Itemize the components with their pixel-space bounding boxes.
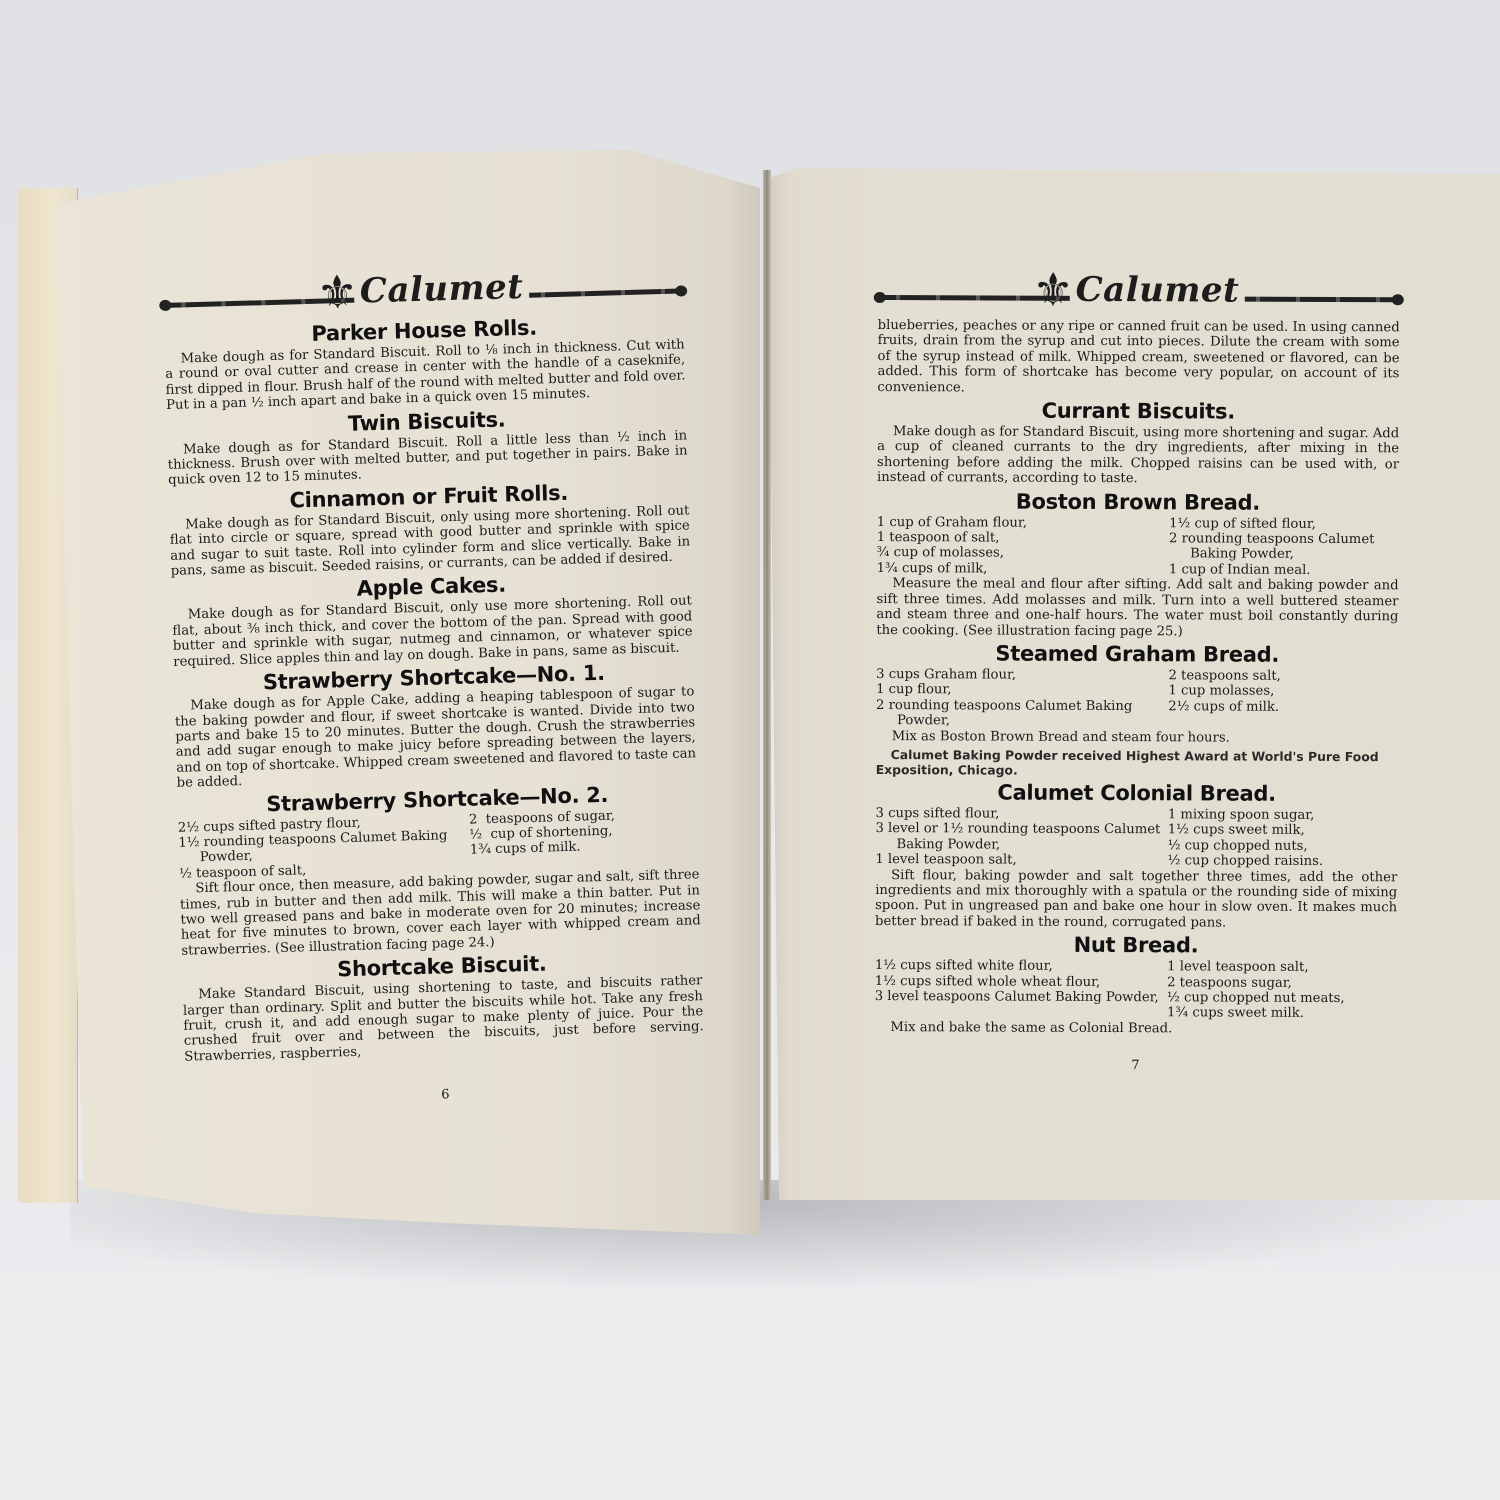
ingredient: 1 cup flour,: [876, 682, 1168, 699]
recipe-body: Make dough as for Standard Biscuit, only…: [172, 594, 694, 670]
ingredient-list: 3 cups Graham flour, 1 cup flour, 2 roun…: [876, 667, 1398, 731]
ingredient-list: 1 cup of Graham flour, 1 teaspoon of sal…: [877, 515, 1399, 579]
recipe-body: Make Standard Biscuit, using shortening …: [182, 973, 704, 1065]
ingredient: ½ cup chopped nuts,: [1168, 838, 1398, 854]
ingredient-column-right: 1 level teaspoon salt, 2 teaspoons sugar…: [1167, 959, 1397, 1022]
recipe-body: Make dough as for Standard Biscuit, only…: [169, 503, 691, 579]
recipe-parker-house-rolls: Parker House Rolls. Make dough as for St…: [164, 311, 686, 413]
ingredient-column-left: 1 cup of Graham flour, 1 teaspoon of sal…: [877, 515, 1170, 578]
calumet-wordmark: Calumet: [353, 268, 530, 311]
ingredient: ¾ cup of molasses,: [877, 545, 1169, 562]
ingredient: 1½ cups sifted whole wheat flour,: [875, 974, 1167, 991]
recipe-currant-biscuits: Currant Biscuits. Make dough as for Stan…: [877, 398, 1399, 488]
recipe-shortcake-biscuit: Shortcake Biscuit. Make Standard Biscuit…: [182, 947, 705, 1065]
recipe-title: Boston Brown Bread.: [877, 489, 1399, 515]
ingredient: 3 cups sifted flour,: [876, 806, 1168, 823]
right-page-content: ⚜ Calumet blueberries, peaches or any ri…: [874, 250, 1400, 1075]
recipe-steamed-graham-bread: Steamed Graham Bread. 3 cups Graham flou…: [876, 641, 1399, 779]
ingredient: 1 cup of Graham flour,: [877, 515, 1169, 532]
calumet-wordmark: Calumet: [1070, 271, 1246, 310]
ingredient: 3 cups Graham flour,: [876, 667, 1168, 684]
ingredient: 2½ cups of milk.: [1168, 699, 1398, 715]
ingredient: 2 teaspoons salt,: [1168, 668, 1398, 684]
recipe-body: Sift flour once, then measure, add bakin…: [179, 867, 701, 959]
headdress-icon: ⚜: [1032, 267, 1073, 313]
recipe-title: Steamed Graham Bread.: [876, 641, 1398, 667]
recipe-body: Make dough as for Standard Biscuit, usin…: [877, 424, 1399, 488]
ingredient-column-left: 3 cups Graham flour, 1 cup flour, 2 roun…: [876, 667, 1169, 730]
ingredient: 1½ cup of sifted flour,: [1169, 516, 1399, 532]
ingredient-column-right: 1½ cup of sifted flour, 2 rounding teasp…: [1169, 516, 1399, 579]
calumet-banner: ⚜ Calumet: [878, 250, 1400, 316]
recipe-strawberry-shortcake-1: Strawberry Shortcake—No. 1. Make dough a…: [174, 658, 697, 791]
ingredient-column-right: 2 teaspoons salt, 1 cup molasses, 2½ cup…: [1168, 668, 1398, 731]
ingredient: 1¾ cups sweet milk.: [1167, 1006, 1397, 1022]
ingredient: 2 rounding teaspoons Calumet Baking Powd…: [876, 698, 1168, 730]
ingredient: 3 level teaspoons Calumet Baking Powder,: [875, 989, 1167, 1006]
ingredient: 1 cup of Indian meal.: [1169, 562, 1399, 578]
recipe-title: Currant Biscuits.: [877, 398, 1399, 424]
ingredient-list: 3 cups sifted flour, 3 level or 1½ round…: [875, 806, 1397, 870]
ingredient: 3 level or 1½ rounding teaspoons Calumet…: [875, 821, 1167, 853]
recipe-cinnamon-fruit-rolls: Cinnamon or Fruit Rolls. Make dough as f…: [169, 477, 691, 579]
continuation-text: blueberries, peaches or any ripe or cann…: [877, 318, 1399, 397]
book-gutter: [763, 170, 771, 1200]
recipe-boston-brown-bread: Boston Brown Bread. 1 cup of Graham flou…: [876, 489, 1399, 641]
recipe-body: Make dough as for Apple Cake, adding a h…: [174, 684, 696, 791]
recipe-title: Nut Bread.: [875, 932, 1397, 958]
recipe-strawberry-shortcake-2: Strawberry Shortcake—No. 2. 2½ cups sift…: [177, 780, 701, 959]
ingredient-column-left: 2½ cups sifted pastry flour, 1½ rounding…: [178, 812, 471, 882]
recipe-calumet-colonial-bread: Calumet Colonial Bread. 3 cups sifted fl…: [875, 780, 1398, 932]
headdress-icon: ⚜: [316, 269, 359, 316]
ingredient: 1½ cups sweet milk,: [1168, 823, 1398, 839]
ingredient: ½ cup chopped raisins.: [1168, 853, 1398, 869]
award-note: Calumet Baking Powder received Highest A…: [876, 747, 1398, 779]
ingredient: ½ cup chopped nut meats,: [1167, 990, 1397, 1006]
recipe-title: Calumet Colonial Bread.: [876, 780, 1398, 806]
ingredient: 2 rounding teaspoons Calumet Baking Powd…: [1169, 531, 1399, 563]
calumet-banner: ⚜ Calumet: [162, 243, 684, 321]
ingredient: 1 teaspoon of salt,: [877, 530, 1169, 547]
ingredient: 1 mixing spoon sugar,: [1168, 807, 1398, 823]
ingredient: 1 level teaspoon salt,: [1167, 959, 1397, 975]
ingredient-column-right: 1 mixing spoon sugar, 1½ cups sweet milk…: [1168, 807, 1398, 870]
ingredient-column-right: 2 teaspoons of sugar, ½ cup of shortenin…: [469, 806, 699, 874]
recipe-body: Measure the meal and flour after sifting…: [876, 576, 1398, 640]
ingredient-list: 1½ cups sifted white flour, 1½ cups sift…: [875, 958, 1397, 1022]
recipe-nut-bread: Nut Bread. 1½ cups sifted white flour, 1…: [875, 932, 1397, 1037]
ingredient: 1½ cups sifted white flour,: [875, 958, 1167, 975]
recipe-twin-biscuits: Twin Biscuits. Make dough as for Standar…: [166, 402, 688, 489]
recipe-body: Sift flour, baking powder and salt toget…: [875, 868, 1397, 932]
page-number: 7: [874, 1057, 1396, 1075]
ingredient: 1 cup molasses,: [1168, 684, 1398, 700]
left-page-content: ⚜ Calumet Parker House Rolls. Make dough…: [162, 243, 706, 1110]
ingredient-column-left: 3 cups sifted flour, 3 level or 1½ round…: [875, 806, 1168, 869]
ingredient: 2 teaspoons sugar,: [1167, 975, 1397, 991]
ingredient: 1¾ cups of milk,: [877, 561, 1169, 578]
ingredient: 1 level teaspoon salt,: [875, 852, 1167, 869]
recipe-body: Mix and bake the same as Colonial Bread.: [875, 1020, 1397, 1038]
ingredient-column-left: 1½ cups sifted white flour, 1½ cups sift…: [875, 958, 1168, 1021]
recipe-apple-cakes: Apple Cakes. Make dough as for Standard …: [171, 568, 693, 670]
recipe-body: Make dough as for Standard Biscuit. Roll…: [165, 337, 687, 413]
recipe-body: Mix as Boston Brown Bread and steam four…: [876, 729, 1398, 747]
